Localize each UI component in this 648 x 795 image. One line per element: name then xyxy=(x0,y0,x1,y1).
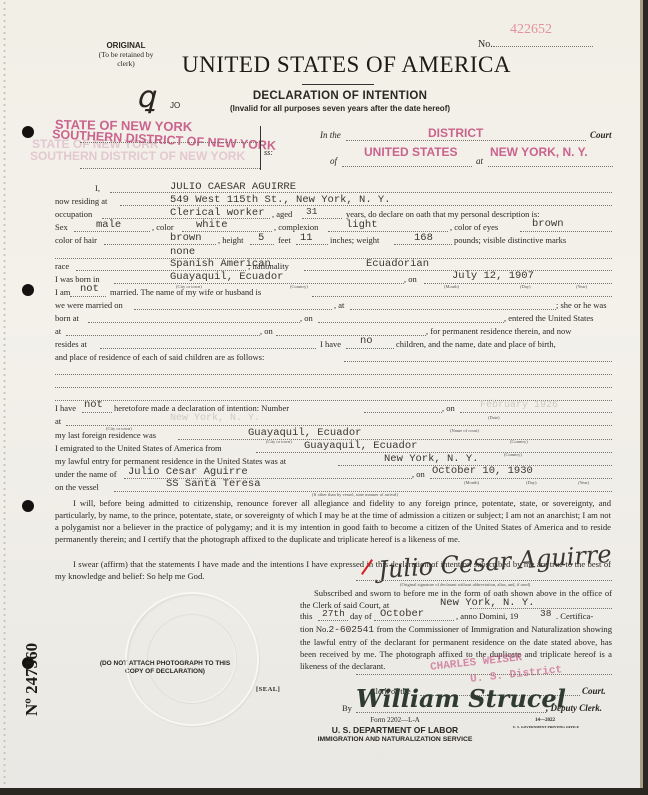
title-divider xyxy=(302,84,374,85)
married-place-line xyxy=(350,309,556,310)
married-text: married. The name of my wife or husband … xyxy=(110,287,261,297)
original-label: ORIGINAL (To be retained by clerk) xyxy=(90,41,162,68)
declarant-name: JULIO CAESAR AGUIRRE xyxy=(170,181,296,193)
month-line xyxy=(374,620,454,621)
seal-label: [SEAL] xyxy=(256,686,280,693)
sex-line xyxy=(74,231,150,232)
embossed-court-seal xyxy=(125,592,259,726)
sex-label: Sex xyxy=(55,222,68,232)
deputy-label: , Deputy Clerk. xyxy=(546,703,602,713)
declare-text: years, do declare on oath that my person… xyxy=(346,209,540,219)
printer-name: U. S. GOVERNMENT PRINTING OFFICE xyxy=(494,725,598,729)
inches-label: inches; weight xyxy=(330,235,379,245)
vessel-label: on the vessel xyxy=(55,482,99,492)
entry-on-label: , on xyxy=(260,326,273,336)
side-serial-number: Nº 247360 xyxy=(22,643,42,716)
anno-label: , anno Domini, 19 xyxy=(456,611,518,621)
aged-label: , aged xyxy=(272,209,292,219)
faded-prior-place: New York, N. Y. xyxy=(170,413,260,424)
original-text: ORIGINAL xyxy=(90,41,162,50)
have-label: I have xyxy=(320,339,341,349)
address: 549 West 115th St., New York, N. Y. xyxy=(170,194,391,206)
birth-on-label: , on xyxy=(404,274,417,284)
spouse-entry-line xyxy=(66,335,260,336)
prior-status: not xyxy=(84,399,103,411)
birthdate: July 12, 1907 xyxy=(452,270,534,282)
spouse-entry-date-line xyxy=(276,335,426,336)
at-label: at xyxy=(476,156,483,166)
form-number: Form 2202—L-A xyxy=(300,716,490,724)
clerk-month: October xyxy=(380,608,424,620)
signature-line xyxy=(356,580,612,581)
vessel: SS Santa Teresa xyxy=(166,478,261,490)
prior-at-line xyxy=(66,425,612,426)
caption: (City or town) xyxy=(266,439,292,444)
spouse-born-line xyxy=(88,322,300,323)
court-type-stamp: DISTRICT xyxy=(428,126,483,140)
caption: (Date) xyxy=(488,415,500,420)
initials-signature: ꝗ xyxy=(136,80,155,115)
perforated-edge xyxy=(3,0,6,788)
date-row: this xyxy=(300,611,312,621)
prior-status-line xyxy=(82,412,112,413)
entry-date-line xyxy=(430,478,612,479)
hair: brown xyxy=(170,232,202,244)
eyes-line xyxy=(520,231,612,232)
prior-number-line xyxy=(364,412,442,413)
spouse-date-line xyxy=(318,322,504,323)
side-number: 247360 xyxy=(22,643,41,694)
prior-have-label: I have xyxy=(55,403,76,413)
in-the-label: In the xyxy=(320,130,341,140)
complexion: light xyxy=(346,219,378,231)
binder-hole xyxy=(22,500,34,512)
entry-label: my lawful entry for permanent residence … xyxy=(55,456,286,466)
married-status: not xyxy=(80,283,99,295)
entry-port: New York, N. Y. xyxy=(384,453,479,465)
married-on-label: we were married on xyxy=(55,300,123,310)
venue-line xyxy=(80,168,260,169)
hair-label: color of hair xyxy=(55,235,97,245)
age: 31 xyxy=(306,206,317,217)
sex: male xyxy=(96,219,121,231)
print-code: 14—2022 xyxy=(500,718,590,723)
ghost-stamp-district: SOUTHERN DISTRICT OF NEW YORK xyxy=(30,149,245,163)
emigrated-from: Guayaquil, Ecuador xyxy=(304,440,417,452)
by-label: By xyxy=(342,703,352,713)
venue-bracket xyxy=(260,126,261,170)
age-line xyxy=(302,218,342,219)
clerk-place: New York, N. Y. xyxy=(440,597,535,609)
weight-line xyxy=(394,244,452,245)
clerk-court-label: Court. xyxy=(582,686,606,696)
clerk-signature-line xyxy=(356,674,612,675)
married-date-line xyxy=(134,309,332,310)
deputy-signature: William Strucel xyxy=(356,684,566,713)
height-ft-line xyxy=(250,244,274,245)
caption: (Country) xyxy=(510,439,528,444)
children-line xyxy=(55,374,612,375)
court-of-stamp: UNITED STATES xyxy=(364,145,458,159)
marks-line xyxy=(55,258,612,259)
distinctive-marks: none xyxy=(170,246,195,258)
color: white xyxy=(196,219,228,231)
entered-label: , entered the United States xyxy=(504,313,593,323)
she-he-label: ; she or he was xyxy=(556,300,607,310)
birthplace: Guayaquil, Ecuador xyxy=(170,271,283,283)
naturalization-document: ORIGINAL (To be retained by clerk) No. 4… xyxy=(0,0,643,788)
prior-on-label: , on xyxy=(442,403,455,413)
prior-at-label: at xyxy=(55,416,61,426)
renunciation-paragraph: I will, before being admitted to citizen… xyxy=(55,497,611,545)
height-in-line xyxy=(296,244,328,245)
entry-name-label: under the name of xyxy=(55,469,117,479)
entry-name: Julio Cesar Aguirre xyxy=(128,466,248,478)
stamped-serial-number: 422652 xyxy=(510,22,552,38)
eyes: brown xyxy=(532,218,564,230)
color-label: , color xyxy=(152,222,174,232)
of-label: of xyxy=(330,156,337,166)
clerk-day: 27th xyxy=(322,608,345,619)
height-label: , height xyxy=(218,235,244,245)
married-at-label: , at xyxy=(334,300,344,310)
born-at-label: born at xyxy=(55,313,79,323)
prior-date-line xyxy=(460,412,612,413)
pounds-label: pounds; visible distinctive marks xyxy=(454,235,566,245)
court-label: Court xyxy=(590,130,612,140)
faded-prior-date: February 1926 xyxy=(480,400,558,411)
complexion-label: , complexion xyxy=(274,222,318,232)
nationality-label: ; nationality xyxy=(248,261,289,271)
i-label: I, xyxy=(95,183,100,193)
original-subtext: (To be retained by clerk) xyxy=(90,50,162,68)
spouse-residence-line xyxy=(100,348,316,349)
height-feet: 5 xyxy=(258,232,264,244)
country-title: UNITED STATES OF AMERICA xyxy=(182,52,511,78)
day-line xyxy=(318,620,348,621)
prior-text: heretofore made a declaration of intenti… xyxy=(114,403,289,413)
number-line xyxy=(493,46,593,47)
children-count: no xyxy=(360,335,373,347)
spouse-on-label: , on xyxy=(300,313,313,323)
document-subtitle: (Invalid for all purposes seven years af… xyxy=(200,104,480,113)
last-residence-label: my last foreign residence was xyxy=(55,430,156,440)
venue-line xyxy=(80,142,260,143)
children-text: children, and the name, date and place o… xyxy=(396,339,556,349)
children-residence-label: and place of residence of each of said c… xyxy=(55,352,264,362)
height-inches: 11 xyxy=(300,232,313,244)
occupation: Clerical worker xyxy=(170,207,265,219)
service-name: IMMIGRATION AND NATURALIZATION SERVICE xyxy=(285,736,505,743)
emigrated-label: I emigrated to the United States of Amer… xyxy=(55,443,222,453)
entry-date: October 10, 1930 xyxy=(432,465,533,477)
day-of-label: day of xyxy=(350,611,372,621)
occupation-label: occupation xyxy=(55,209,92,219)
court-line xyxy=(346,140,586,141)
permanent-label: , for permanent residence therein, and n… xyxy=(426,326,571,336)
nationality: Ecuadorian xyxy=(366,258,429,270)
department-name: U. S. DEPARTMENT OF LABOR xyxy=(290,725,500,735)
resides-label: resides at xyxy=(55,339,87,349)
binder-hole xyxy=(22,284,34,296)
ss-label: ss: xyxy=(264,148,273,157)
document-title: DECLARATION OF INTENTION xyxy=(220,90,460,102)
number-prefix: No. xyxy=(478,39,493,50)
eyes-label: , color of eyes xyxy=(450,222,498,232)
race-label: race xyxy=(55,261,69,271)
number-label: No. xyxy=(478,39,593,50)
residing-label: now residing at xyxy=(55,196,107,206)
last-residence: Guayaquil, Ecuador xyxy=(248,427,361,439)
court-at-stamp: NEW YORK, N. Y. xyxy=(490,145,588,159)
caption: (Country) xyxy=(504,452,522,457)
weight: 168 xyxy=(414,232,433,244)
certification-label: . Certifica- xyxy=(556,611,593,621)
children-count-line xyxy=(346,348,394,349)
feet-label: feet xyxy=(278,235,291,245)
am-label: I am xyxy=(55,287,70,297)
initials: JO xyxy=(170,101,180,110)
children-line xyxy=(55,387,612,388)
entry-on-label: , on xyxy=(412,469,425,479)
certification-number: 2-602541 xyxy=(329,624,375,635)
side-number-prefix: Nº xyxy=(22,698,41,716)
court-at-line xyxy=(488,166,613,167)
court-of-line xyxy=(342,166,472,167)
married-status-line xyxy=(70,296,106,297)
birthplace-line xyxy=(114,283,404,284)
hair-line xyxy=(104,244,216,245)
children-line xyxy=(344,361,612,362)
at2-label: at xyxy=(55,326,61,336)
spouse-line xyxy=(312,296,612,297)
clerk-year: 38 xyxy=(540,608,551,619)
this-label: this xyxy=(300,611,312,621)
